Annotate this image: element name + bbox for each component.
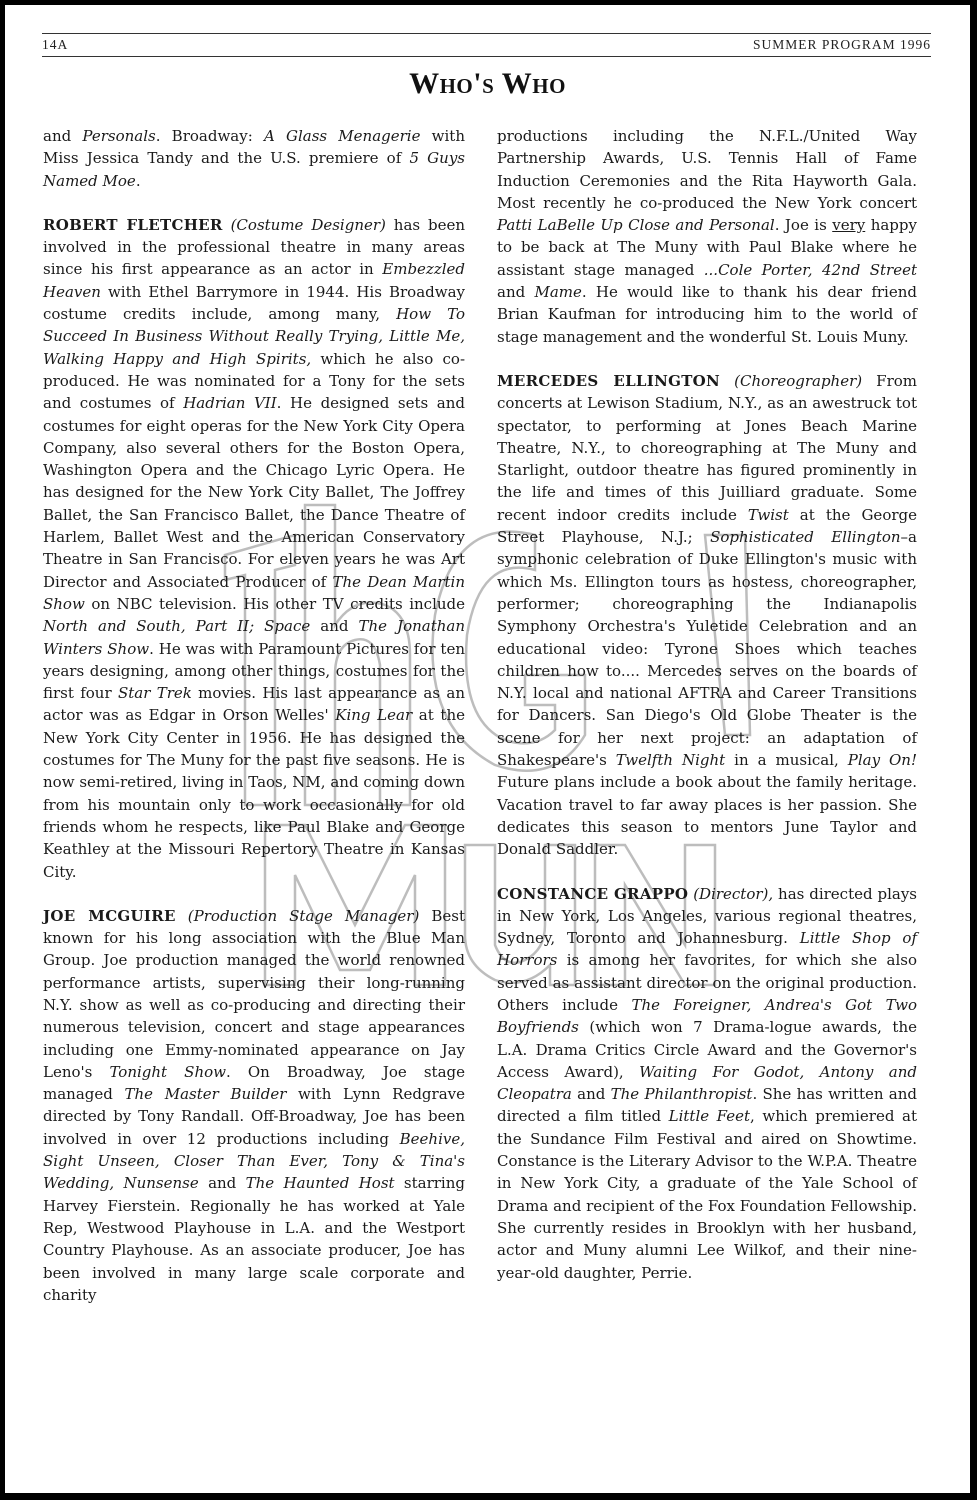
person-name: ROBERT FLETCHER [43, 216, 223, 234]
bio-text: and [497, 283, 534, 301]
bio-entry-continued: and Personals. Broadway: A Glass Menager… [43, 125, 465, 192]
bio-entry-joe-mcguire-continued: productions including the N.F.L./United … [497, 125, 917, 348]
bio-text: . [136, 172, 141, 190]
bio-text: very [832, 216, 865, 234]
bio-text: and [43, 127, 82, 145]
bio-text: . Joe is [775, 216, 833, 234]
bio-text: ...Cole Porter, 42nd Street [704, 261, 917, 279]
page-number: 14A [42, 37, 68, 53]
bio-text: Sophisticated Ellington [710, 528, 900, 546]
bio-text: Personals [82, 127, 155, 145]
page-title: Who's Who [5, 67, 970, 101]
person-role: (Director), [693, 885, 773, 903]
left-column: and Personals. Broadway: A Glass Menager… [43, 125, 465, 1328]
running-header: 14A SUMMER PROGRAM 1996 [42, 33, 931, 57]
bio-text: . Broadway: [156, 127, 264, 145]
bio-text: Twelfth Night [616, 751, 725, 769]
publication-title: SUMMER PROGRAM 1996 [753, 37, 931, 53]
bio-text: Little Feet [669, 1107, 750, 1125]
bio-text: King Lear [335, 706, 412, 724]
right-column: productions including the N.F.L./United … [497, 125, 917, 1306]
bio-text: Mame [534, 283, 581, 301]
bio-text: in a musical, [725, 751, 848, 769]
bio-entry-joe-mcguire: JOE MCGUIRE (Production Stage Manager) B… [43, 905, 465, 1306]
bio-text: at the New York City Center in 1956. He … [43, 706, 465, 880]
bio-text: Patti LaBelle Up Close and Personal [497, 216, 775, 234]
person-role: (Choreographer) [734, 372, 862, 390]
bio-text: Star Trek [118, 684, 192, 702]
bio-text: Future plans include a book about the fa… [497, 773, 917, 858]
bio-text: The Haunted Host [246, 1174, 395, 1192]
person-role: (Production Stage Manager) [188, 907, 420, 925]
person-name: MERCEDES ELLINGTON [497, 372, 720, 390]
person-role: (Costume Designer) [231, 216, 386, 234]
person-name: JOE MCGUIRE [43, 907, 176, 925]
bio-text: and [199, 1174, 246, 1192]
bio-text: Tonight Show [109, 1063, 226, 1081]
bio-entry-robert-fletcher: ROBERT FLETCHER (Costume Designer) has b… [43, 214, 465, 883]
bio-text: on NBC television. His other TV credits … [85, 595, 465, 613]
bio-text: From concerts at Lewison Stadium, N.Y., … [497, 372, 917, 524]
bio-text: The Philanthropist [611, 1085, 753, 1103]
bio-entry-constance-grappo: CONSTANCE GRAPPO (Director), has directe… [497, 883, 917, 1284]
bio-text: Best known for his long association with… [43, 907, 465, 1081]
bio-text: The Master Builder [125, 1085, 287, 1103]
bio-text: starring Harvey Fierstein. Regionally he… [43, 1174, 465, 1303]
bio-text: A Glass Menagerie [264, 127, 421, 145]
bio-text: , which premiered at the Sundance Film F… [497, 1107, 917, 1281]
program-page: 14A SUMMER PROGRAM 1996 Who's Who and Pe… [5, 5, 970, 1493]
bio-text: and [310, 617, 358, 635]
person-name: CONSTANCE GRAPPO [497, 885, 688, 903]
bio-text: and [572, 1085, 611, 1103]
bio-text: Play On! [848, 751, 917, 769]
bio-text: North and South, Part II; Space [43, 617, 310, 635]
bio-text: . He designed sets and costumes for eigh… [43, 394, 465, 590]
bio-text: Twist [748, 506, 789, 524]
bio-text: –a symphonic celebration of Duke Ellingt… [497, 528, 917, 769]
bio-text: productions including the N.F.L./United … [497, 127, 917, 212]
bio-entry-mercedes-ellington: MERCEDES ELLINGTON (Choreographer) From … [497, 370, 917, 861]
bio-text: Hadrian VII [183, 394, 276, 412]
